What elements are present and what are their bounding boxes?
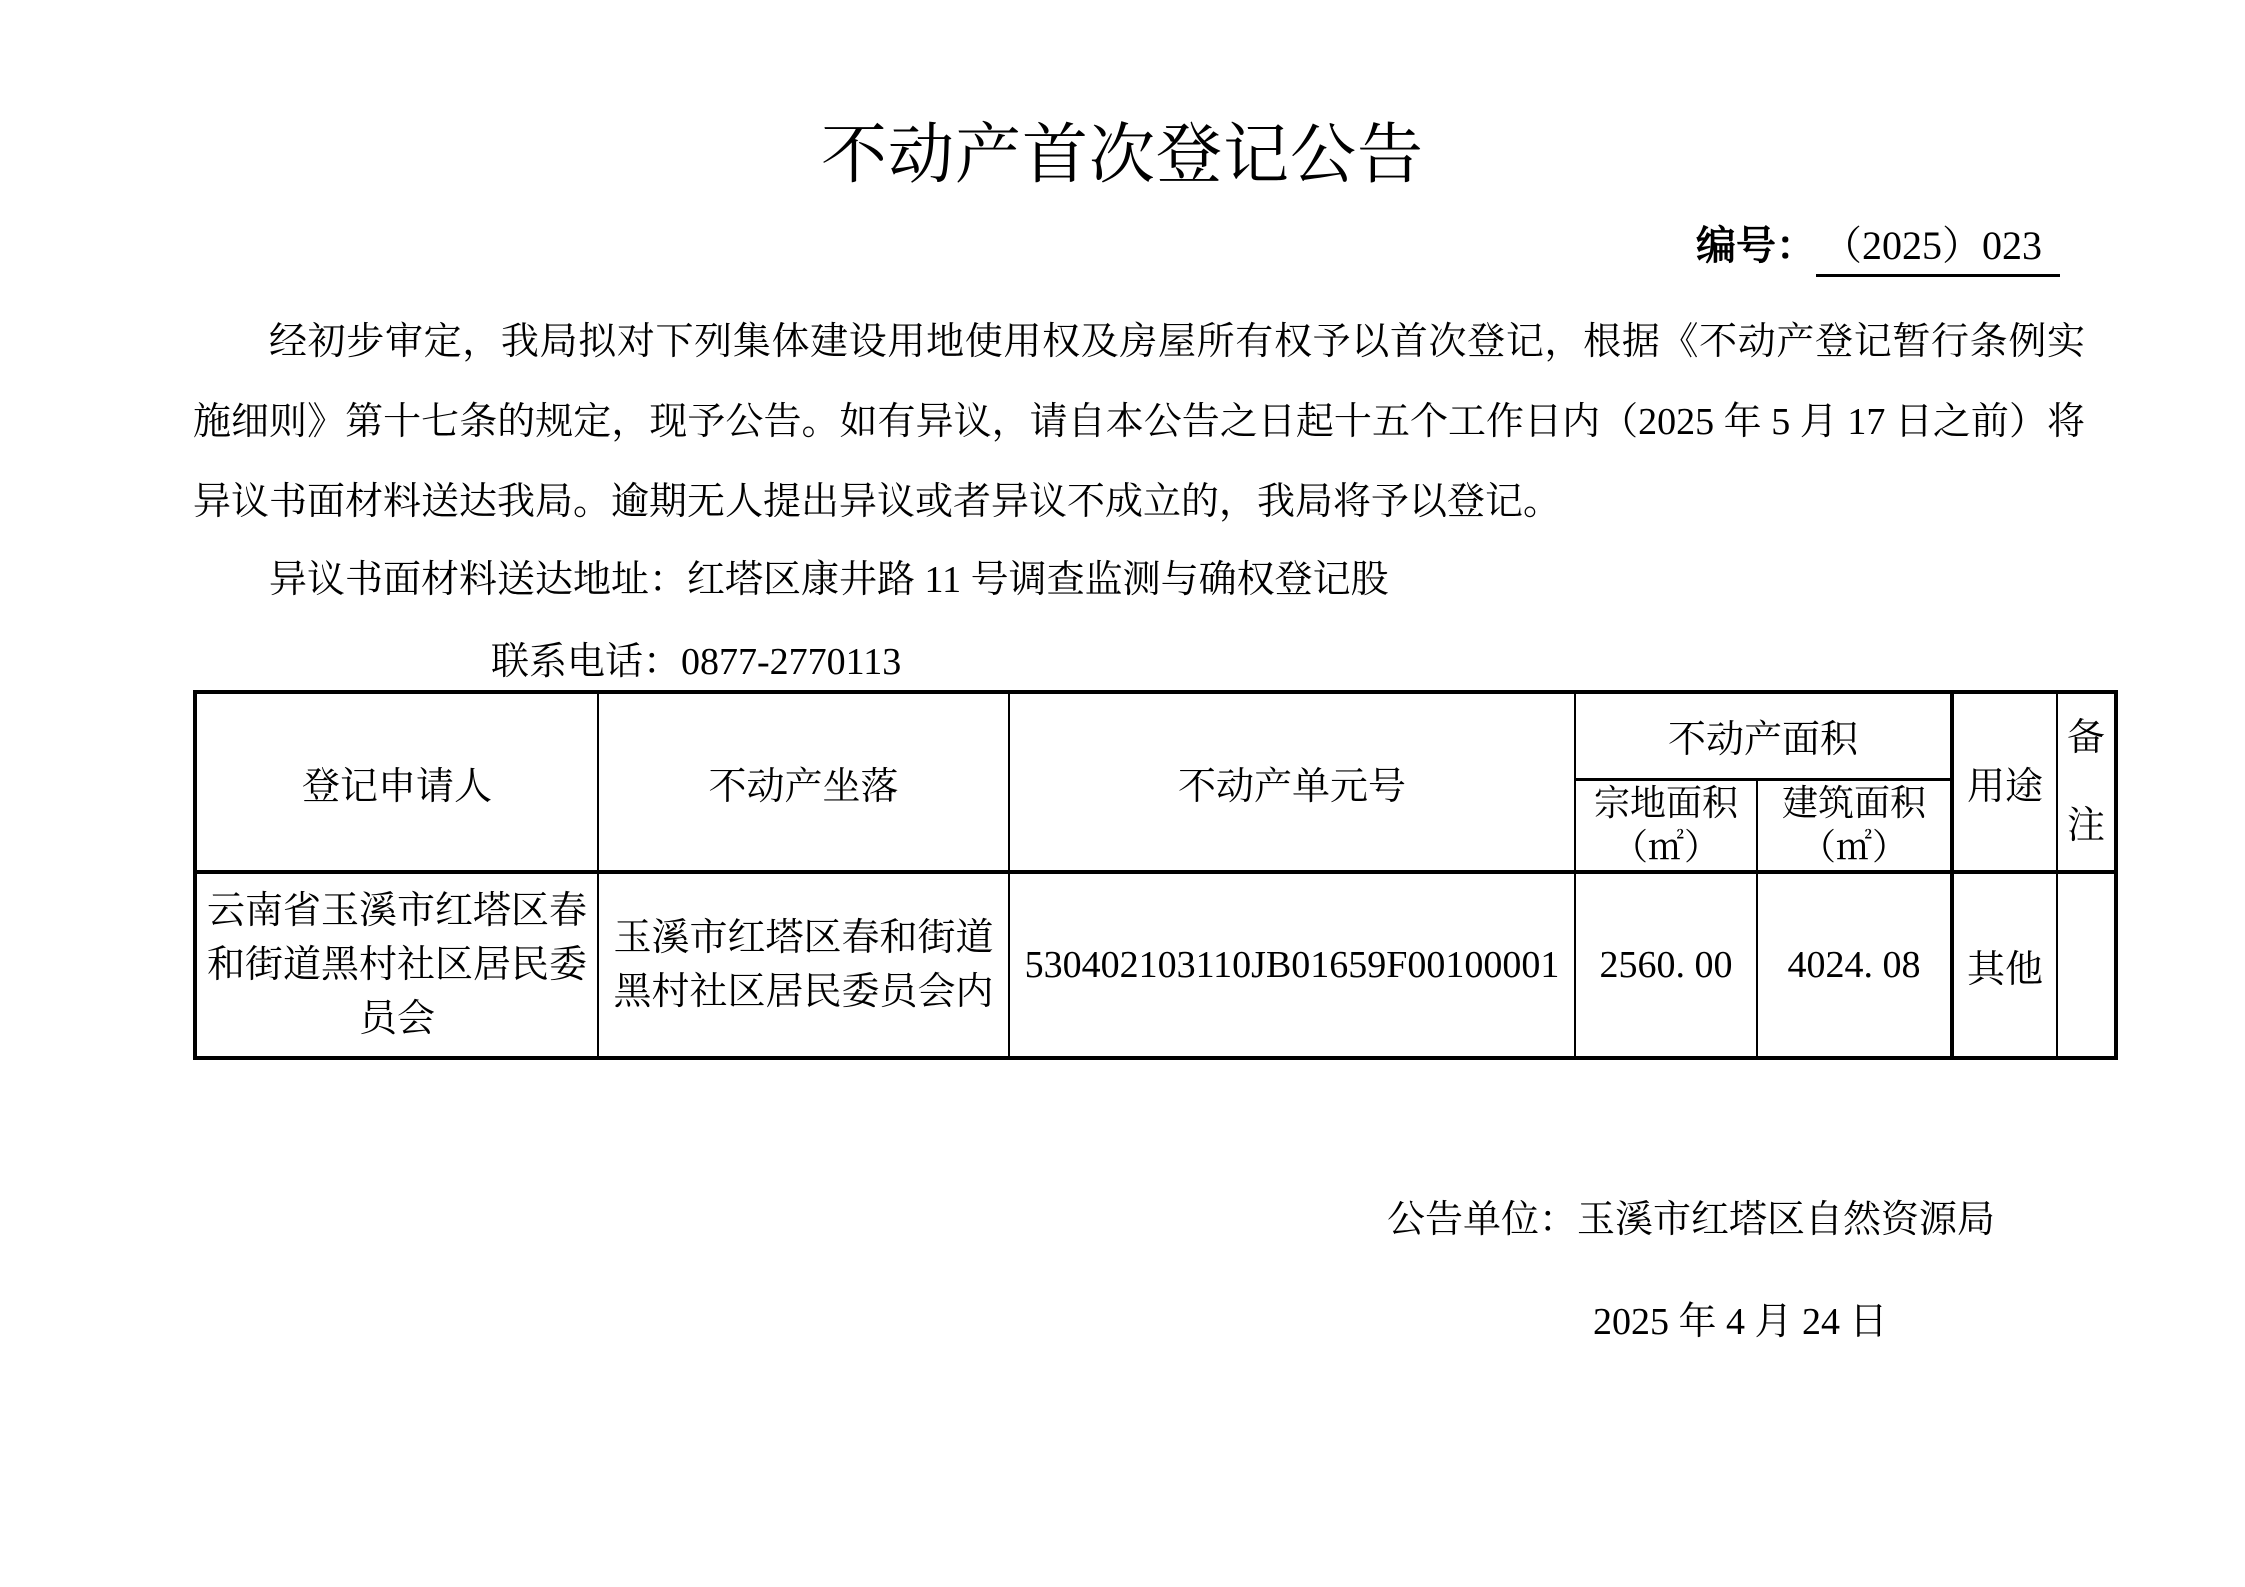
table-row: 云南省玉溪市红塔区春和街道黑村社区居民委员会 玉溪市红塔区春和街道黑村社区居民委… <box>195 872 2116 1058</box>
issuer-line: 公告单位：玉溪市红塔区自然资源局 <box>1387 1190 1995 1250</box>
cell-building-area: 4024. 08 <box>1757 872 1952 1058</box>
cell-remark <box>2057 872 2116 1058</box>
date-line: 2025 年 4 月 24 日 <box>1593 1292 1888 1352</box>
page-title: 不动产首次登记公告 <box>0 118 2245 194</box>
doc-number-label: 编号： <box>1696 224 1816 268</box>
cell-unit-number: 530402103110JB01659F00100001 <box>1009 872 1575 1058</box>
registration-table: 登记申请人 不动产坐落 不动产单元号 不动产面积 用途 备 注 宗地面积 （㎡）… <box>193 690 2118 1060</box>
header-usage: 用途 <box>1952 692 2057 872</box>
header-applicant: 登记申请人 <box>195 692 598 872</box>
cell-parcel-area: 2560. 00 <box>1575 872 1757 1058</box>
header-remark: 备 注 <box>2057 692 2116 872</box>
table-header-row-1: 登记申请人 不动产坐落 不动产单元号 不动产面积 用途 备 注 <box>195 692 2116 779</box>
cell-usage: 其他 <box>1952 872 2057 1058</box>
header-unit-number: 不动产单元号 <box>1009 692 1575 872</box>
header-location: 不动产坐落 <box>598 692 1009 872</box>
header-building-area: 建筑面积 （㎡） <box>1757 779 1952 872</box>
cell-location: 玉溪市红塔区春和街道黑村社区居民委员会内 <box>598 872 1009 1058</box>
announcement-paragraph: 经初步审定，我局拟对下列集体建设用地使用权及房屋所有权予以首次登记，根据《不动产… <box>193 302 2085 542</box>
cell-applicant: 云南省玉溪市红塔区春和街道黑村社区居民委员会 <box>195 872 598 1058</box>
contact-phone-line: 联系电话：0877-2770113 <box>491 632 901 692</box>
doc-number-value: （2025）023 <box>1816 220 2060 277</box>
announcement-page: 不动产首次登记公告 编号：（2025）023 经初步审定，我局拟对下列集体建设用… <box>0 0 2245 1587</box>
objection-address-line: 异议书面材料送达地址：红塔区康井路 11 号调查监测与确权登记股 <box>193 550 2085 610</box>
header-parcel-area: 宗地面积 （㎡） <box>1575 779 1757 872</box>
header-area-group: 不动产面积 <box>1575 692 1952 779</box>
doc-number: 编号：（2025）023 <box>1696 220 2060 277</box>
